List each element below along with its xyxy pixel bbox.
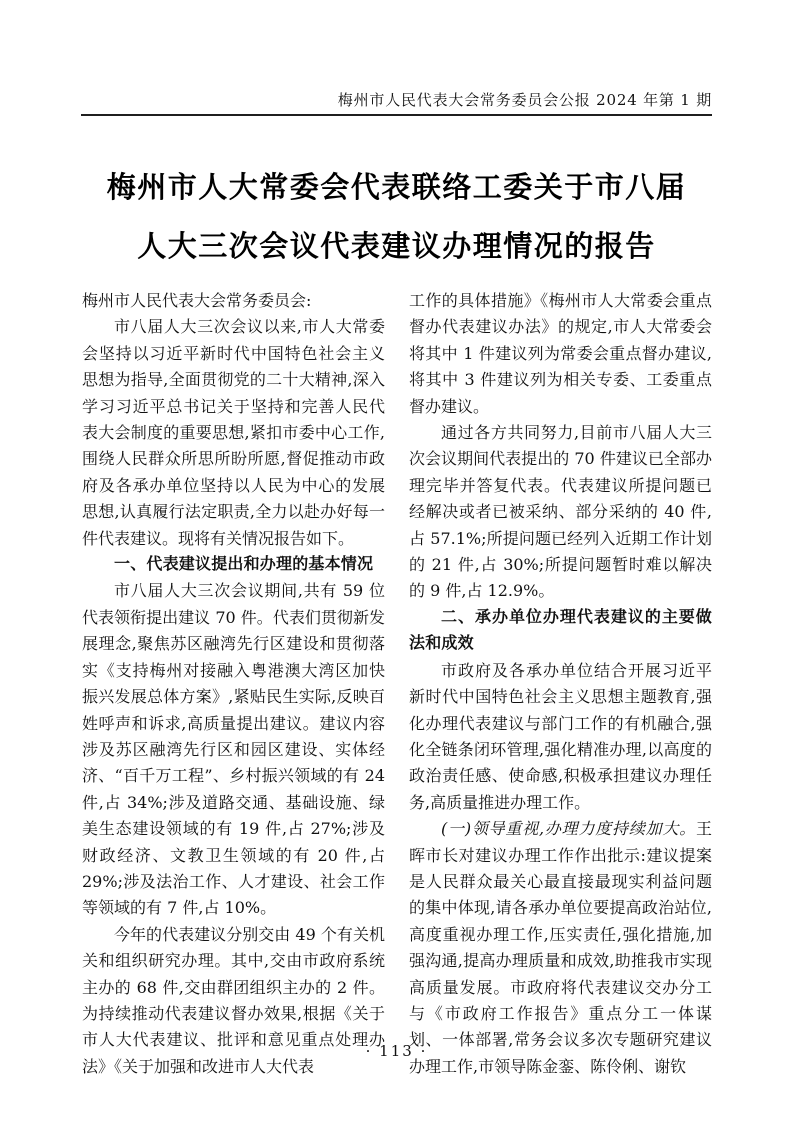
right-column: 工作的具体措施》《梅州市人大常委会重点督办代表建议办法》的规定,市人大常委会将其… <box>409 288 712 1080</box>
left-column: 梅州市人民代表大会常务委员会: 市八届人大三次会议以来,市人大常委会坚持以习近平… <box>82 288 385 1080</box>
paragraph-intro: 市八届人大三次会议以来,市人大常委会坚持以习近平新时代中国特色社会主义思想为指导… <box>82 314 385 552</box>
paragraph-overview: 市八届人大三次会议期间,共有 59 位代表领衔提出建议 70 件。代表们贯彻新发… <box>82 578 385 921</box>
section-heading-2: 二、承办单位办理代表建议的主要做法和成效 <box>409 605 712 658</box>
paragraph-leadership: (一)领导重视,办理力度持续加大。王晖市长对建议办理工作作出批示:建议提案是人民… <box>409 816 712 1080</box>
page-number: · 113 · <box>366 1042 428 1060</box>
page-footer: · 113 · <box>0 1042 793 1060</box>
document-title-line-1: 梅州市人大常委会代表联络工委关于市八届 <box>0 158 793 217</box>
document-title: 梅州市人大常委会代表联络工委关于市八届 人大三次会议代表建议办理情况的报告 <box>0 158 793 276</box>
paragraph-leadership-text: 王晖市长对建议办理工作作出批示:建议提案是人民群众最关心最直接最现实利益问题的集… <box>409 819 712 1076</box>
salutation: 梅州市人民代表大会常务委员会: <box>82 288 385 314</box>
header-rule <box>81 114 712 116</box>
section-heading-1: 一、代表建议提出和办理的基本情况 <box>82 552 385 578</box>
publication-masthead: 梅州市人民代表大会常务委员会公报 2024 年第 1 期 <box>338 89 712 110</box>
subsection-title-leadership: (一)领导重视,办理力度持续加大。 <box>441 819 696 838</box>
document-title-line-2: 人大三次会议代表建议办理情况的报告 <box>0 217 793 276</box>
paragraph-results: 通过各方共同努力,目前市八届人大三次会议期间代表提出的 70 件建议已全部办理完… <box>409 420 712 605</box>
document-body: 梅州市人民代表大会常务委员会: 市八届人大三次会议以来,市人大常委会坚持以习近平… <box>82 288 712 1080</box>
document-page: 梅州市人民代表大会常务委员会公报 2024 年第 1 期 梅州市人大常委会代表联… <box>0 0 793 1122</box>
paragraph-methods: 市政府及各承办单位结合开展习近平新时代中国特色社会主义思想主题教育,强化办理代表… <box>409 658 712 816</box>
paragraph-assignment-continued: 工作的具体措施》《梅州市人大常委会重点督办代表建议办法》的规定,市人大常委会将其… <box>409 288 712 420</box>
